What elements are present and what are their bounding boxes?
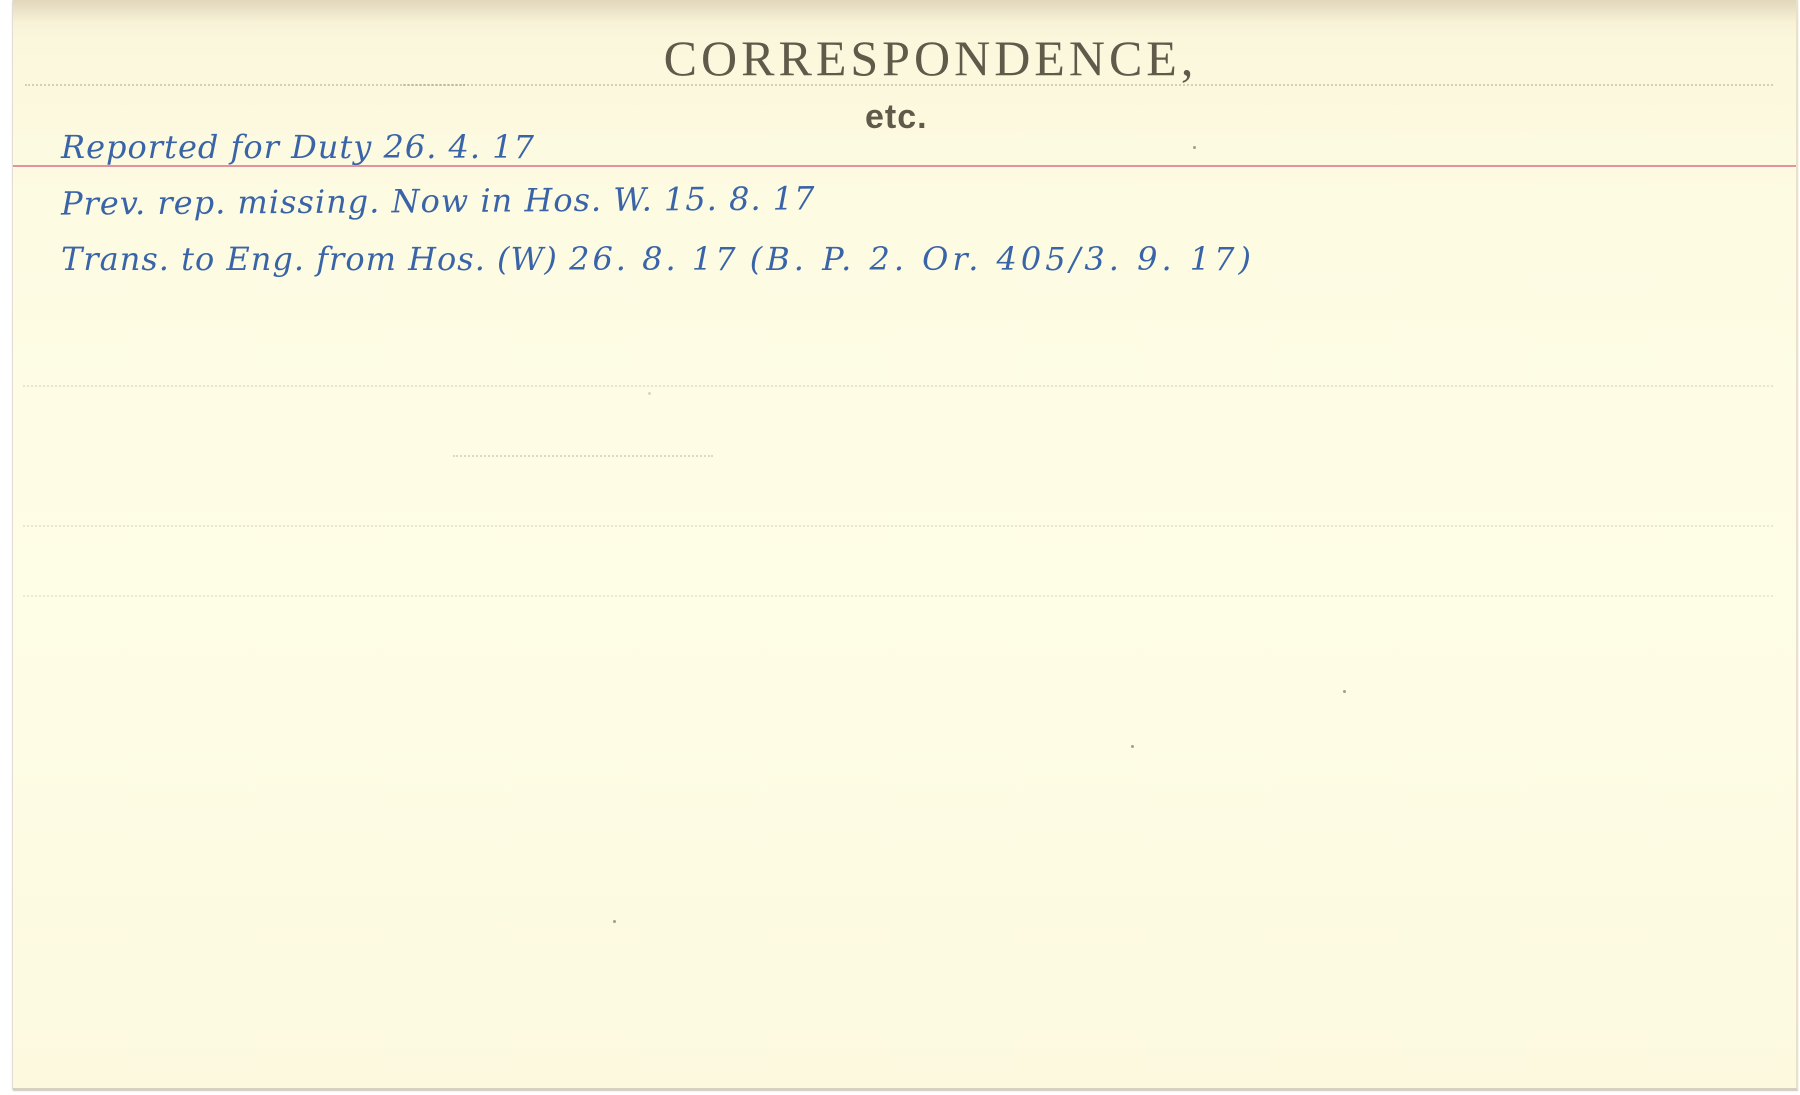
entry-transferred-text: Trans. to Eng. from Hos. (W): [61, 240, 558, 278]
entry-reported-for-duty: Reported for Duty 26. 4. 17: [61, 128, 535, 166]
faint-dotted-rule: [23, 595, 1773, 597]
paper-fleck: [613, 920, 616, 923]
entry-transferred: Trans. to Eng. from Hos. (W) 26. 8. 17 (…: [61, 240, 1255, 278]
paper-fleck: [1193, 146, 1196, 149]
faint-dotted-rule: [23, 525, 1773, 527]
entry-transferred-date: 26. 8. 17: [569, 240, 738, 278]
paper-edge-stain: [13, 0, 1796, 22]
entry-transferred-reference: (B. P. 2. Or. 405/3. 9. 17): [750, 240, 1255, 278]
paper-fleck: [1343, 690, 1346, 693]
entry-previously-missing: Prev. rep. missing. Now in Hos. W. 15. 8…: [61, 179, 816, 222]
card-title: CORRESPONDENCE,: [13, 30, 1796, 86]
record-card: CORRESPONDENCE, etc. Reported for Duty 2…: [13, 0, 1798, 1090]
faint-dotted-rule: [453, 455, 713, 457]
card-subtitle: etc.: [865, 98, 928, 137]
paper-fleck: [648, 392, 651, 395]
paper-fleck: [1131, 745, 1134, 748]
faint-dotted-rule: [23, 385, 1773, 387]
